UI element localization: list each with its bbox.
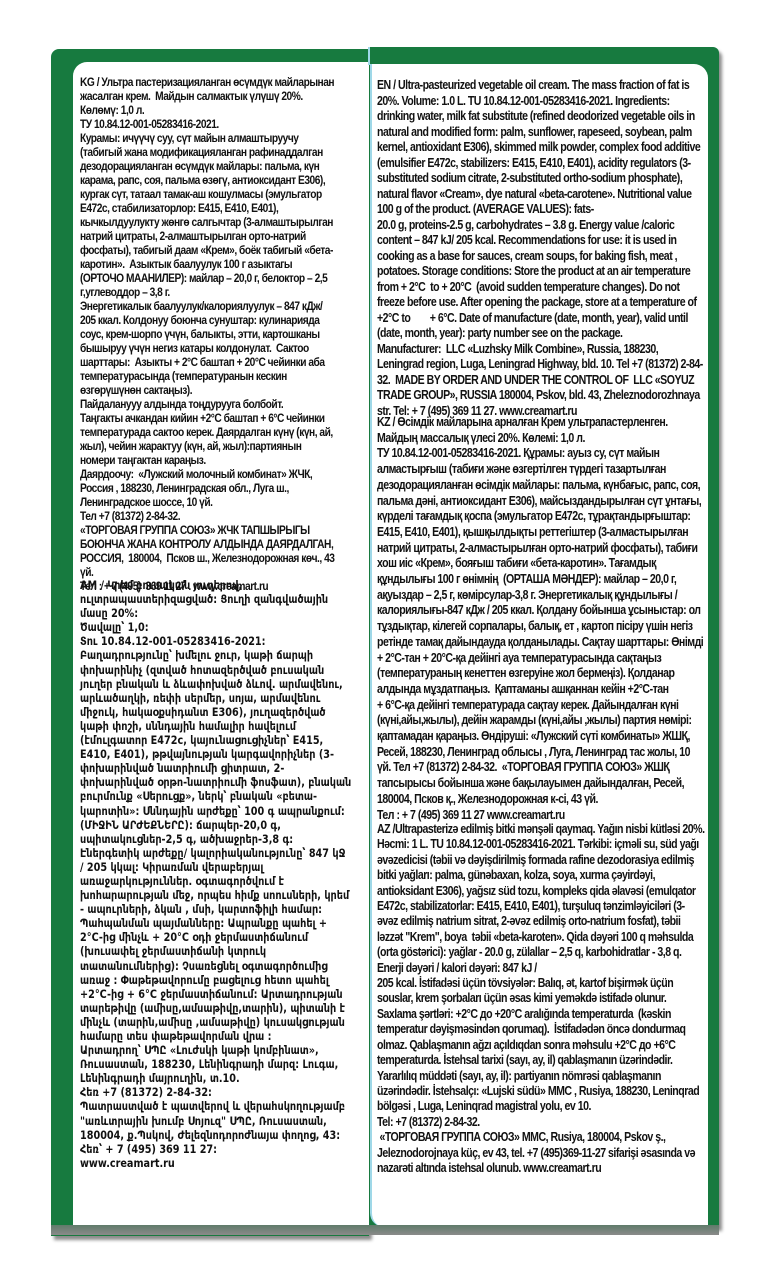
language-code-en: EN (377, 78, 391, 92)
en-section: EN / Ultra-pasteurized vegetable oil cre… (377, 78, 705, 419)
kg-section: KG / Ультра пастеризацияланган өсүмдүк м… (80, 76, 335, 594)
en-text: / Ultra-pasteurized vegetable oil cream.… (377, 78, 703, 418)
kz-section: KZ / Өсімдік майларына арналған Крем уль… (377, 415, 705, 823)
column-divider (368, 47, 370, 65)
kz-text: / Өсімдік майларына арналған Крем ультра… (377, 415, 706, 822)
label-bottom-edge (51, 1225, 719, 1235)
az-section: AZ /Ultrapasterizə edilmiş bitki mənşəli… (377, 822, 705, 1176)
am-text: / Կրեմ բուսական յուղերով, ուլտրապաստերիզ… (80, 578, 355, 1170)
az-text: /Ultrapasterizə edilmiş bitki mənşəli qa… (377, 822, 707, 1175)
language-code-am: AM (80, 578, 97, 592)
kg-text: / Ультра пастеризацияланган өсүмдүк майл… (80, 76, 337, 593)
language-code-az: AZ (377, 822, 390, 836)
am-section: AM / Կրեմ բուսական յուղերով, ուլտրապաստե… (80, 578, 352, 1170)
language-code-kz: KZ (377, 415, 390, 429)
language-code-kg: KG (80, 76, 94, 89)
